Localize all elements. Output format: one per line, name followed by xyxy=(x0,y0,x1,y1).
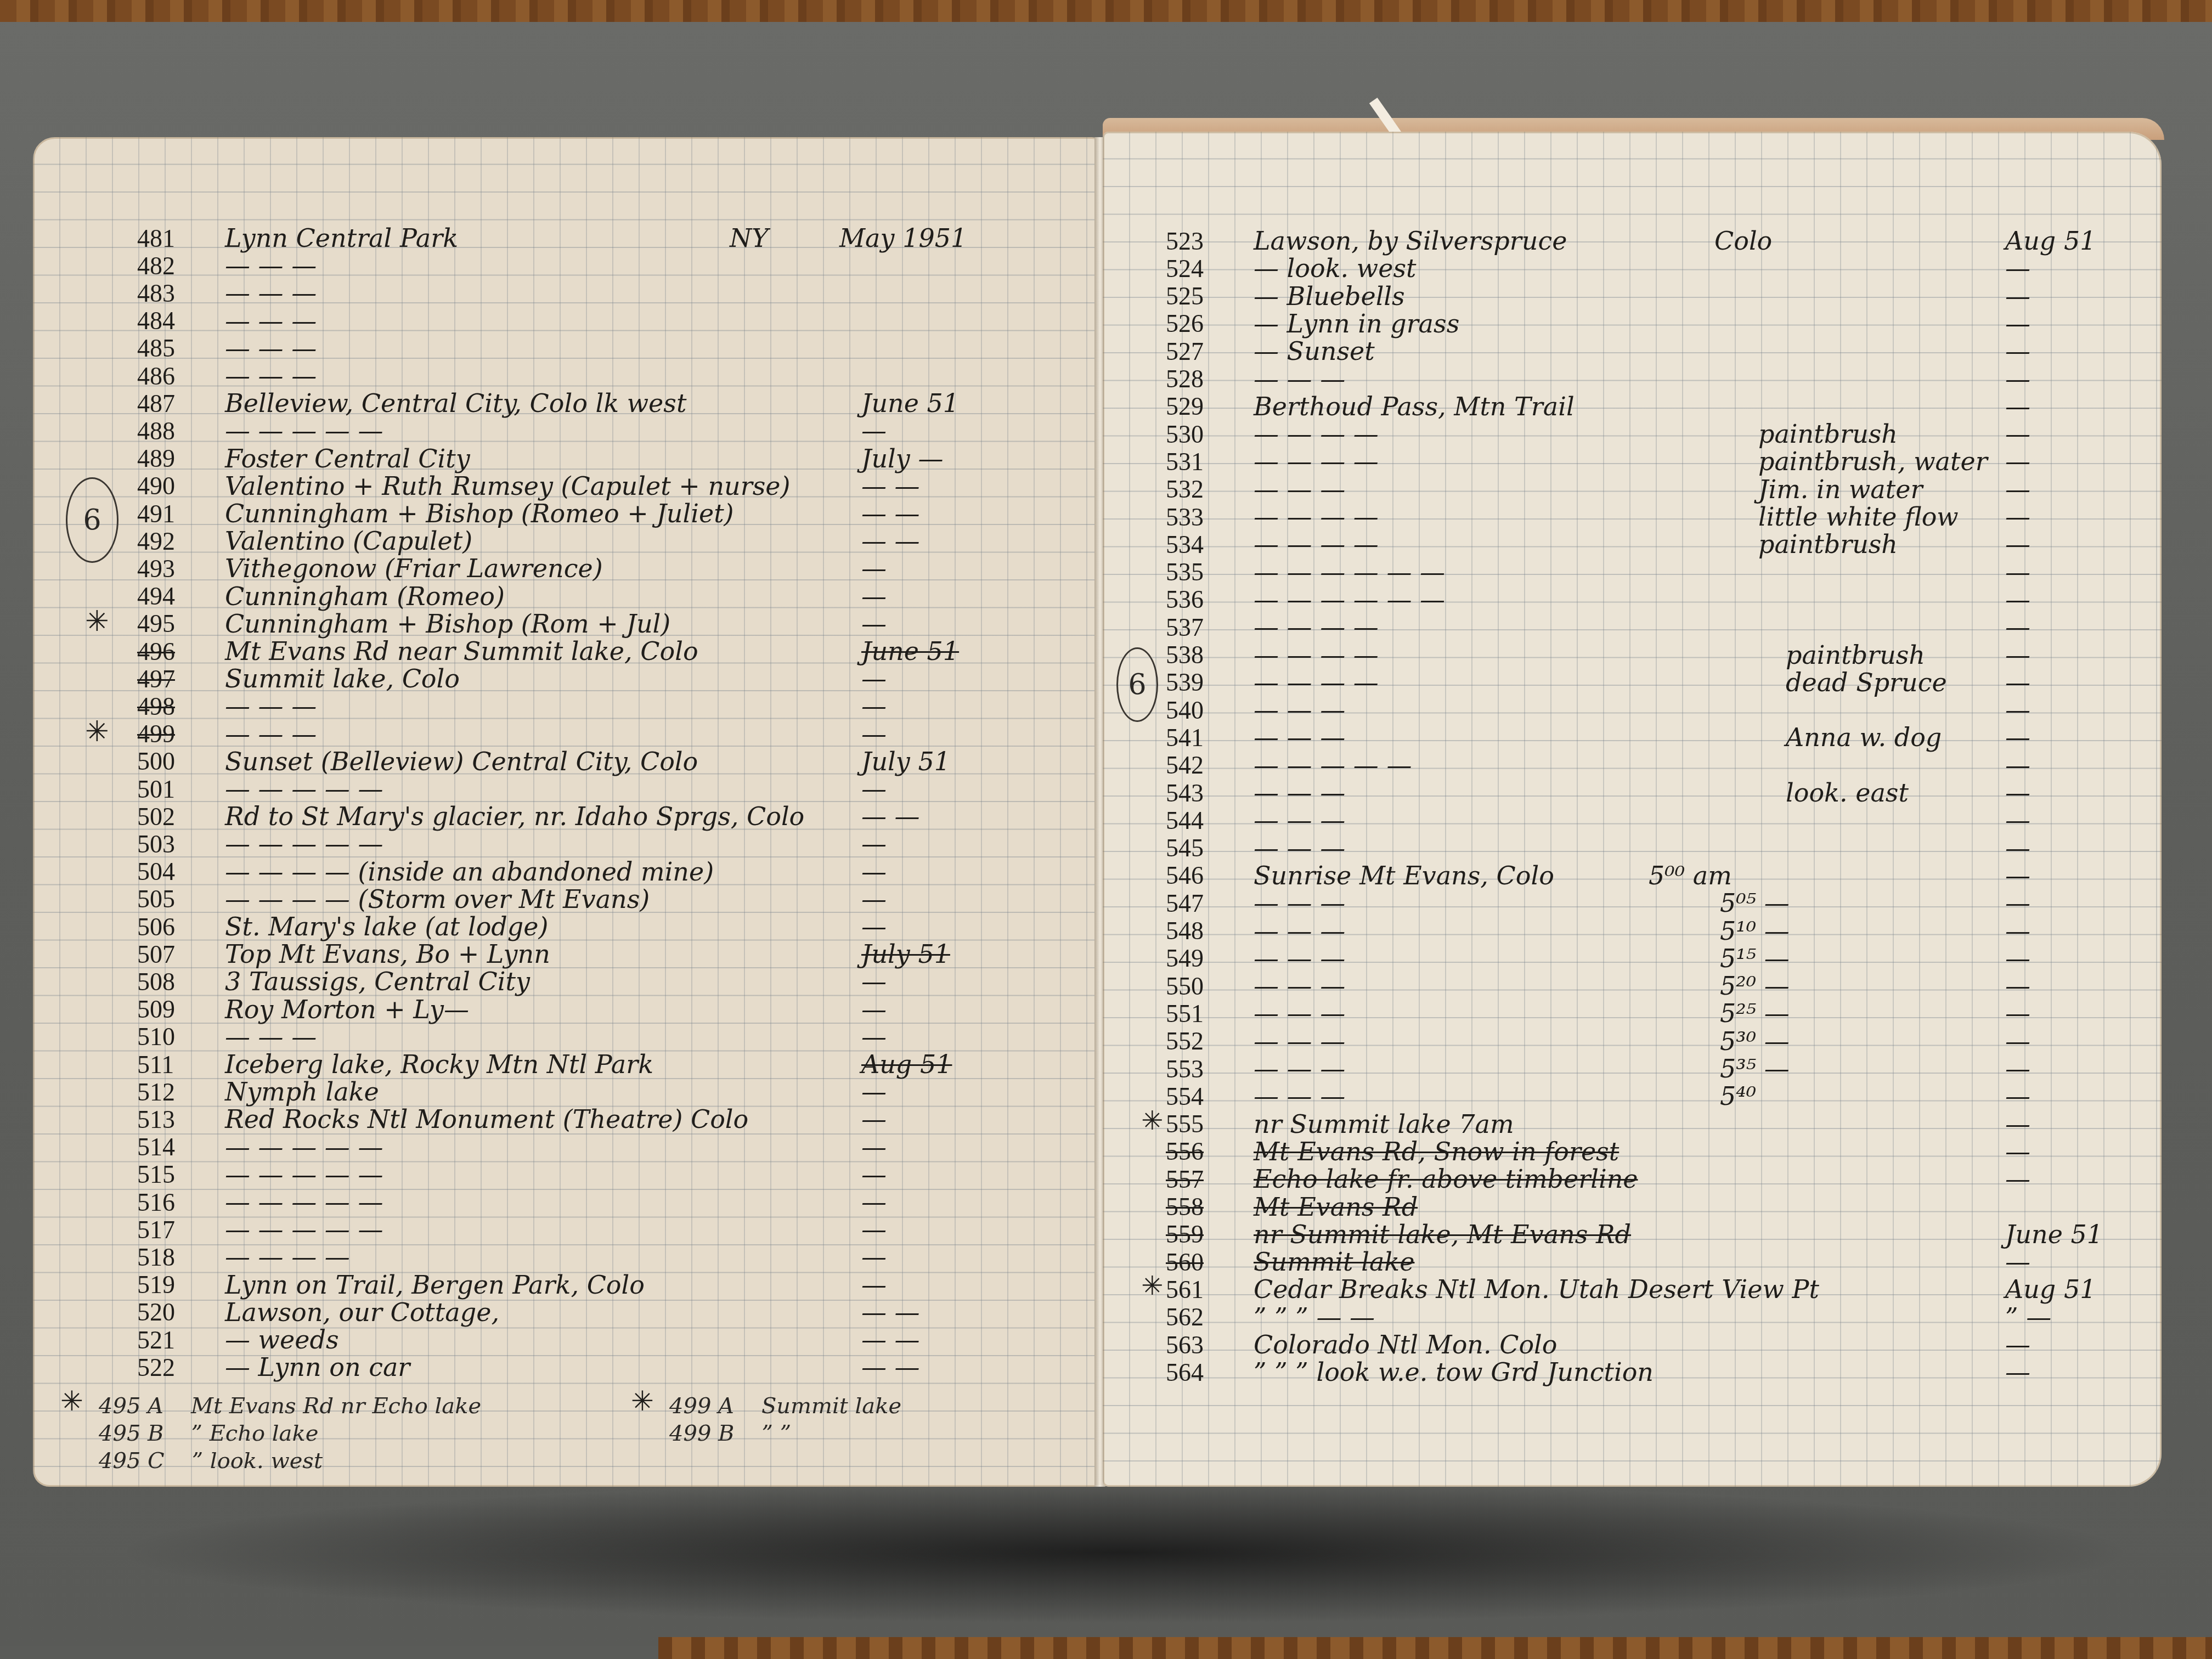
entry-number: 523 xyxy=(1166,227,1232,256)
entry-description: — — — — — xyxy=(225,1132,383,1162)
entry-date: — xyxy=(861,857,887,887)
entry-number: 519 xyxy=(137,1270,203,1299)
entry-date: — xyxy=(2005,640,2030,670)
entry-description: St. Mary's lake (at lodge) xyxy=(225,912,548,941)
log-entry-row: 514— — — — —— xyxy=(137,1134,1042,1160)
log-entry-row: 536— — — — — —— xyxy=(1166,586,2142,613)
log-entry-row: 546Sunrise Mt Evans, Colo5⁰⁰ am— xyxy=(1166,862,2142,889)
log-entry-row: 561Cedar Breaks Ntl Mon. Utah Desert Vie… xyxy=(1166,1276,2142,1302)
entry-time: 5³⁰ — xyxy=(1720,1026,1790,1056)
entry-date: — xyxy=(2005,253,2030,283)
entry-description: Rd to St Mary's glacier, nr. Idaho Sprgs… xyxy=(225,802,804,831)
footnote-number: 495 A xyxy=(99,1393,163,1419)
entry-description: ” ” ” look w.e. tow Grd Junction xyxy=(1254,1357,1654,1387)
entry-number: 552 xyxy=(1166,1026,1232,1056)
right-page: 6523Lawson, by SilverspruceColoAug 51524… xyxy=(1103,132,2162,1487)
entry-date: — xyxy=(2005,1054,2030,1084)
entry-date: — xyxy=(2005,1247,2030,1277)
entry-number: 510 xyxy=(137,1022,203,1051)
entry-description: — Bluebells xyxy=(1254,281,1405,311)
entry-number: 504 xyxy=(137,857,203,886)
entry-number: 494 xyxy=(137,582,203,611)
entry-time: 5⁴⁰ xyxy=(1720,1081,1756,1111)
entry-description: — — — xyxy=(1254,778,1345,808)
log-entry-row: 541— — —Anna w. dog— xyxy=(1166,724,2142,751)
entry-date: July — xyxy=(861,444,943,473)
entry-date: — xyxy=(2005,668,2030,697)
entry-description: — — — xyxy=(225,251,317,280)
log-entry-row: 513Red Rocks Ntl Monument (Theatre) Colo… xyxy=(137,1106,1042,1132)
entry-number: 517 xyxy=(137,1215,203,1244)
log-entry-row: 520Lawson, our Cottage,— — xyxy=(137,1299,1042,1325)
entry-description: Valentino (Capulet) xyxy=(225,526,472,556)
entry-description: — Lynn on car xyxy=(225,1352,410,1382)
log-entry-row: 486— — — xyxy=(137,363,1042,389)
entry-time: 5³⁵ — xyxy=(1720,1054,1790,1084)
entry-description: — Lynn in grass xyxy=(1254,309,1459,338)
entry-date: June 51 xyxy=(861,636,959,666)
entry-place: NY xyxy=(730,223,769,253)
entry-description: — — — — — xyxy=(225,1160,383,1189)
entry-date: — xyxy=(2005,1137,2030,1166)
entry-number: 493 xyxy=(137,554,203,583)
log-entry-row: 516— — — — —— xyxy=(137,1189,1042,1215)
entry-number: 486 xyxy=(137,362,203,391)
log-entry-row: 517— — — — —— xyxy=(137,1216,1042,1243)
entry-date: — xyxy=(2005,502,2030,532)
entry-number: 543 xyxy=(1166,778,1232,808)
footnote-number: 499 A xyxy=(669,1393,734,1419)
entry-date: — — xyxy=(861,1325,920,1355)
asterisk-mark: ✳ xyxy=(631,1385,654,1417)
entry-description: Colorado Ntl Mon. Colo xyxy=(1254,1330,1558,1359)
entry-number: 495 xyxy=(137,609,203,638)
log-entry-row: 531— — — —paintbrush, water— xyxy=(1166,448,2142,475)
entry-date: — xyxy=(861,884,887,914)
entry-description: Echo lake fr. above timberline xyxy=(1254,1164,1638,1194)
entry-date: — xyxy=(861,1104,887,1134)
entry-number: 527 xyxy=(1166,337,1232,366)
entry-number: 515 xyxy=(137,1160,203,1189)
entry-date: — — xyxy=(861,1297,920,1327)
entry-number: 516 xyxy=(137,1188,203,1217)
entry-number: 487 xyxy=(137,389,203,418)
log-entry-row: 551— — —5²⁵ —— xyxy=(1166,1000,2142,1026)
log-entry-row: 558Mt Evans Rd xyxy=(1166,1194,2142,1220)
entry-description: — weeds xyxy=(225,1325,339,1355)
entry-number: 551 xyxy=(1166,999,1232,1028)
entry-number: 538 xyxy=(1166,640,1232,669)
log-entry-row: 548— — —5¹⁰ —— xyxy=(1166,918,2142,944)
entry-number: 545 xyxy=(1166,833,1232,862)
log-entry-row: 525— Bluebells— xyxy=(1166,283,2142,309)
log-entry-row: 506St. Mary's lake (at lodge)— xyxy=(137,913,1042,940)
log-entry-row: 504— — — — (inside an abandoned mine)— xyxy=(137,859,1042,885)
footnote-entry: 499 B” ” xyxy=(669,1421,791,1446)
log-entry-row: 549— — —5¹⁵ —— xyxy=(1166,945,2142,972)
entry-number: 557 xyxy=(1166,1165,1232,1194)
entry-number: 529 xyxy=(1166,392,1232,421)
entry-time: 5¹⁵ — xyxy=(1720,944,1790,973)
entry-description: Lynn Central Park xyxy=(225,223,458,253)
entry-number: 524 xyxy=(1166,254,1232,283)
entry-description: — Sunset xyxy=(1254,336,1375,366)
entry-date: — xyxy=(861,664,887,693)
entry-date: — xyxy=(2005,309,2030,338)
log-entry-row: 528— — —— xyxy=(1166,366,2142,392)
entry-date: — xyxy=(861,416,887,445)
entry-date: — xyxy=(2005,392,2030,421)
entry-note: paintbrush xyxy=(1786,640,1925,670)
entry-number: 492 xyxy=(137,527,203,556)
log-entry-row: 489Foster Central CityJuly — xyxy=(137,445,1042,472)
entry-description: Cunningham + Bishop (Rom + Jul) xyxy=(225,609,670,639)
entry-description: — — — — — xyxy=(225,416,383,445)
entry-date: — xyxy=(861,967,887,996)
entry-date: ” — xyxy=(2005,1302,2051,1332)
log-entry-row: 543— — —look. east— xyxy=(1166,780,2142,806)
entry-number: 541 xyxy=(1166,723,1232,752)
entry-date: June 51 xyxy=(2005,1220,2103,1249)
entry-description: — — — xyxy=(225,719,317,749)
log-entry-row: 538— — — —paintbrush— xyxy=(1166,642,2142,668)
entry-description: — — — — — xyxy=(225,829,383,859)
entry-number: 536 xyxy=(1166,585,1232,614)
entry-date: — xyxy=(2005,612,2030,642)
footnote-entry: 495 B” Echo lake xyxy=(99,1421,318,1446)
log-entry-row: 509Roy Morton + Ly—— xyxy=(137,996,1042,1023)
entry-date: — xyxy=(2005,861,2030,890)
entry-description: — — — xyxy=(1254,364,1345,394)
entry-number: 503 xyxy=(137,830,203,859)
footnote-number: 495 C xyxy=(99,1448,165,1474)
entry-description: Cedar Breaks Ntl Mon. Utah Desert View P… xyxy=(1254,1274,1819,1304)
log-entry-row: 490Valentino + Ruth Rumsey (Capulet + nu… xyxy=(137,473,1042,499)
entry-date: — xyxy=(861,554,887,583)
entry-description: — — — xyxy=(225,306,317,336)
entry-number: 501 xyxy=(137,775,203,804)
entry-place: Colo xyxy=(1714,226,1772,256)
entry-number: 482 xyxy=(137,251,203,280)
entry-date: — xyxy=(861,829,887,859)
entry-date: — xyxy=(861,1242,887,1272)
entry-note: Anna w. dog xyxy=(1786,723,1942,752)
log-entry-row: 502Rd to St Mary's glacier, nr. Idaho Sp… xyxy=(137,803,1042,830)
log-entry-row: 542— — — — —— xyxy=(1166,752,2142,778)
entry-number: 533 xyxy=(1166,503,1232,532)
entry-number: 548 xyxy=(1166,916,1232,945)
entry-number: 499 xyxy=(137,719,203,748)
log-entry-row: 559nr Summit lake, Mt Evans RdJune 51 xyxy=(1166,1221,2142,1248)
entry-number: 485 xyxy=(137,334,203,363)
footnote-entry: 499 ASummit lake xyxy=(669,1393,901,1419)
entry-number: 491 xyxy=(137,499,203,528)
log-entry-row: 5083 Taussigs, Central City— xyxy=(137,968,1042,995)
entry-number: 546 xyxy=(1166,861,1232,890)
entry-description: Lawson, by Silverspruce xyxy=(1254,226,1567,256)
entry-number: 556 xyxy=(1166,1137,1232,1166)
log-entry-row: 557Echo lake fr. above timberline— xyxy=(1166,1166,2142,1192)
entry-note: look. east xyxy=(1786,778,1909,808)
log-entry-row: 539— — — —dead Spruce— xyxy=(1166,669,2142,696)
log-entry-row: 503— — — — —— xyxy=(137,831,1042,857)
log-entry-row: 495Cunningham + Bishop (Rom + Jul)— xyxy=(137,611,1042,637)
entry-date: — xyxy=(2005,695,2030,725)
entry-description: Foster Central City xyxy=(225,444,470,473)
entry-date: May 1951 xyxy=(839,223,967,253)
entry-date: — xyxy=(2005,944,2030,973)
entry-number: 528 xyxy=(1166,364,1232,393)
asterisk-mark: ✳ xyxy=(1141,1105,1163,1136)
log-entry-row: 519Lynn on Trail, Bergen Park, Colo— xyxy=(137,1272,1042,1298)
entry-description: Mt Evans Rd, Snow in forest xyxy=(1254,1137,1619,1166)
footnote-number: 499 B xyxy=(669,1421,734,1446)
entry-description: Belleview, Central City, Colo lk west xyxy=(225,388,686,418)
entry-date: — — xyxy=(861,1352,920,1382)
log-entry-row: 562” ” ” — —” — xyxy=(1166,1304,2142,1330)
entry-number: 513 xyxy=(137,1105,203,1134)
log-entry-row: 511Iceberg lake, Rocky Mtn Ntl ParkAug 5… xyxy=(137,1051,1042,1077)
entry-time: 5²⁰ — xyxy=(1720,971,1790,1001)
entry-note: paintbrush xyxy=(1758,529,1898,559)
entry-description: Red Rocks Ntl Monument (Theatre) Colo xyxy=(225,1104,748,1134)
entry-note: paintbrush, water xyxy=(1758,447,1988,476)
entry-date: — — xyxy=(861,471,920,501)
entry-date: — xyxy=(861,609,887,639)
entry-description: — — — — — — xyxy=(1254,557,1445,587)
entry-date: — xyxy=(2005,916,2030,946)
entry-description: Cunningham (Romeo) xyxy=(225,582,505,611)
entry-date: — xyxy=(861,1215,887,1244)
entry-number: 540 xyxy=(1166,696,1232,725)
entry-description: — — — — xyxy=(1254,640,1379,670)
entry-date: — xyxy=(2005,364,2030,394)
footnote-entry: 495 C” look. west xyxy=(99,1448,323,1474)
log-entry-row: 555nr Summit lake 7am— xyxy=(1166,1111,2142,1137)
log-entry-row: 563Colorado Ntl Mon. Colo— xyxy=(1166,1331,2142,1358)
entry-date: — xyxy=(2005,778,2030,808)
footnote-description: Summit lake xyxy=(761,1393,901,1419)
entry-description: — — — xyxy=(1254,695,1345,725)
log-entry-row: 524— look. west— xyxy=(1166,255,2142,281)
entry-description: nr Summit lake, Mt Evans Rd xyxy=(1254,1220,1631,1249)
entry-date: — — xyxy=(861,499,920,528)
asterisk-mark: ✳ xyxy=(85,605,109,638)
entry-number: 532 xyxy=(1166,475,1232,504)
entry-description: — — — xyxy=(225,278,317,308)
entry-description: Roy Morton + Ly— xyxy=(225,995,469,1024)
log-entry-row: 488— — — — —— xyxy=(137,417,1042,444)
log-entry-row: 522— Lynn on car— — xyxy=(137,1354,1042,1380)
entry-number: 525 xyxy=(1166,281,1232,311)
footnote-entry: 495 AMt Evans Rd nr Echo lake xyxy=(99,1393,481,1419)
entry-number: 531 xyxy=(1166,447,1232,476)
entry-description: — — — — xyxy=(1254,529,1379,559)
entry-description: — — — — — xyxy=(1254,751,1412,780)
entry-date: — xyxy=(861,1077,887,1107)
asterisk-mark: ✳ xyxy=(85,715,109,748)
log-entry-row: 556Mt Evans Rd, Snow in forest— xyxy=(1166,1138,2142,1165)
log-entry-row: 564” ” ” look w.e. tow Grd Junction— xyxy=(1166,1359,2142,1385)
entry-date: Aug 51 xyxy=(2005,226,2096,256)
entry-description: Valentino + Ruth Rumsey (Capulet + nurse… xyxy=(225,471,790,501)
log-entry-row: 482— — — xyxy=(137,252,1042,279)
log-entry-row: 552— — —5³⁰ —— xyxy=(1166,1028,2142,1054)
entry-number: 509 xyxy=(137,995,203,1024)
entry-time: 5⁰⁵ — xyxy=(1720,888,1790,918)
entry-date: — xyxy=(861,1132,887,1162)
footnote-description: ” Echo lake xyxy=(191,1421,318,1446)
entry-time: 5²⁵ — xyxy=(1720,998,1790,1028)
entry-number: 507 xyxy=(137,940,203,969)
entry-number: 484 xyxy=(137,306,203,335)
entry-number: 500 xyxy=(137,747,203,776)
entry-note: dead Spruce xyxy=(1786,668,1947,697)
entry-description: — — — — — xyxy=(225,1187,383,1217)
left-page: 6481Lynn Central ParkNYMay 1951482— — —4… xyxy=(33,137,1103,1487)
entry-date: — xyxy=(2005,1081,2030,1111)
entry-number: 506 xyxy=(137,912,203,941)
entry-time: 5⁰⁰ am xyxy=(1649,861,1732,890)
entry-description: — — — — — xyxy=(225,774,383,804)
log-entry-row: 547— — —5⁰⁵ —— xyxy=(1166,890,2142,916)
log-entry-row: 523Lawson, by SilverspruceColoAug 51 xyxy=(1166,228,2142,254)
entry-number: 518 xyxy=(137,1243,203,1272)
log-entry-row: 493Vithegonow (Friar Lawrence)— xyxy=(137,555,1042,582)
entry-date: — xyxy=(2005,1164,2030,1194)
entry-description: Summit lake xyxy=(1254,1247,1414,1277)
entry-time: 5¹⁰ — xyxy=(1720,916,1790,946)
log-entry-row: 498— — —— xyxy=(137,693,1042,719)
entry-number: 559 xyxy=(1166,1220,1232,1249)
footnote-description: ” ” xyxy=(761,1421,791,1446)
entry-date: — xyxy=(861,691,887,721)
log-entry-row: 500Sunset (Belleview) Central City, Colo… xyxy=(137,748,1042,775)
margin-circled-number: 6 xyxy=(66,477,119,563)
entry-description: — — — xyxy=(1254,1081,1345,1111)
entry-number: 549 xyxy=(1166,944,1232,973)
entry-number: 534 xyxy=(1166,530,1232,559)
entry-number: 497 xyxy=(137,664,203,693)
log-entry-row: 501— — — — —— xyxy=(137,776,1042,802)
entry-note: paintbrush xyxy=(1758,419,1898,449)
entry-number: 514 xyxy=(137,1132,203,1161)
entry-number: 561 xyxy=(1166,1275,1232,1304)
entry-date: July 51 xyxy=(861,939,950,969)
entry-date: — xyxy=(861,774,887,804)
log-entry-row: 535— — — — — —— xyxy=(1166,559,2142,585)
entry-date: — xyxy=(2005,833,2030,863)
entry-description: — — — — xyxy=(1254,612,1379,642)
footnote-description: Mt Evans Rd nr Echo lake xyxy=(191,1393,481,1419)
log-entry-row: 499— — —— xyxy=(137,721,1042,747)
log-entry-row: 537— — — —— xyxy=(1166,614,2142,640)
entry-number: 522 xyxy=(137,1353,203,1382)
entry-date: — — xyxy=(861,526,920,556)
entry-number: 511 xyxy=(137,1050,203,1079)
entry-number: 560 xyxy=(1166,1248,1232,1277)
entry-date: — xyxy=(861,719,887,749)
log-entry-row: 485— — — xyxy=(137,335,1042,362)
entry-number: 555 xyxy=(1166,1109,1232,1138)
entry-number: 562 xyxy=(1166,1302,1232,1331)
entry-number: 547 xyxy=(1166,889,1232,918)
entry-description: Vithegonow (Friar Lawrence) xyxy=(225,554,603,583)
entry-description: — — — xyxy=(1254,888,1345,918)
entry-number: 512 xyxy=(137,1077,203,1107)
entry-number: 505 xyxy=(137,884,203,913)
entry-date: — xyxy=(2005,805,2030,835)
entry-date: — xyxy=(2005,1026,2030,1056)
entry-number: 508 xyxy=(137,967,203,996)
entry-description: — — — — xyxy=(1254,668,1379,697)
entry-date: — xyxy=(2005,971,2030,1001)
entry-number: 542 xyxy=(1166,751,1232,780)
entry-number: 558 xyxy=(1166,1192,1232,1221)
entry-description: — — — — xyxy=(1254,447,1379,476)
entry-date: — xyxy=(2005,557,2030,587)
log-entry-row: 532— — —Jim. in water— xyxy=(1166,476,2142,503)
entry-number: 537 xyxy=(1166,613,1232,642)
log-entry-row: 483— — — xyxy=(137,280,1042,306)
entry-description: — — — — xyxy=(225,1242,350,1272)
log-entry-row: 496Mt Evans Rd near Summit lake, ColoJun… xyxy=(137,638,1042,664)
entry-number: 553 xyxy=(1166,1054,1232,1084)
entry-number: 564 xyxy=(1166,1358,1232,1387)
entry-number: 535 xyxy=(1166,557,1232,586)
entry-number: 520 xyxy=(137,1297,203,1327)
entry-description: ” ” ” — — xyxy=(1254,1302,1375,1332)
entry-description: — — — — — xyxy=(225,1215,383,1244)
entry-description: — — — xyxy=(1254,805,1345,835)
entry-description: — — — — xyxy=(1254,502,1379,532)
log-entry-row: 515— — — — —— xyxy=(137,1161,1042,1188)
entry-number: 488 xyxy=(137,416,203,445)
entry-description: — — — xyxy=(225,361,317,391)
entry-number: 502 xyxy=(137,802,203,831)
log-entry-row: 540— — —— xyxy=(1166,697,2142,723)
entry-date: — xyxy=(861,1270,887,1300)
log-entry-row: 481Lynn Central ParkNYMay 1951 xyxy=(137,225,1042,251)
log-entry-row: 530— — — —paintbrush— xyxy=(1166,421,2142,447)
entry-description: — — — xyxy=(225,334,317,363)
entry-date: — xyxy=(2005,888,2030,918)
entry-date: — xyxy=(861,1160,887,1189)
footnote-description: ” look. west xyxy=(192,1448,323,1474)
entry-number: 554 xyxy=(1166,1082,1232,1111)
log-entry-row: 544— — —— xyxy=(1166,807,2142,833)
log-entry-row: 491Cunningham + Bishop (Romeo + Juliet)—… xyxy=(137,500,1042,527)
entry-description: Nymph lake xyxy=(225,1077,379,1107)
asterisk-mark: ✳ xyxy=(1141,1271,1163,1301)
log-entry-row: 527— Sunset— xyxy=(1166,338,2142,364)
entry-date: — xyxy=(2005,529,2030,559)
entry-date: — xyxy=(2005,1357,2030,1387)
margin-circled-number: 6 xyxy=(1116,647,1158,722)
entry-description: Mt Evans Rd xyxy=(1254,1192,1418,1222)
entry-description: — — — xyxy=(1254,916,1345,946)
entry-description: — — — xyxy=(1254,723,1345,752)
entry-description: Berthoud Pass, Mtn Trail xyxy=(1254,392,1575,421)
log-entry-row: 487Belleview, Central City, Colo lk west… xyxy=(137,390,1042,416)
wood-table-bottom xyxy=(658,1637,2212,1659)
entry-date: — xyxy=(2005,1330,2030,1359)
log-entry-row: 512Nymph lake— xyxy=(137,1079,1042,1105)
entry-description: Sunrise Mt Evans, Colo xyxy=(1254,861,1554,890)
entry-date: Aug 51 xyxy=(861,1049,952,1079)
entry-description: — look. west xyxy=(1254,253,1417,283)
entry-number: 550 xyxy=(1166,972,1232,1001)
